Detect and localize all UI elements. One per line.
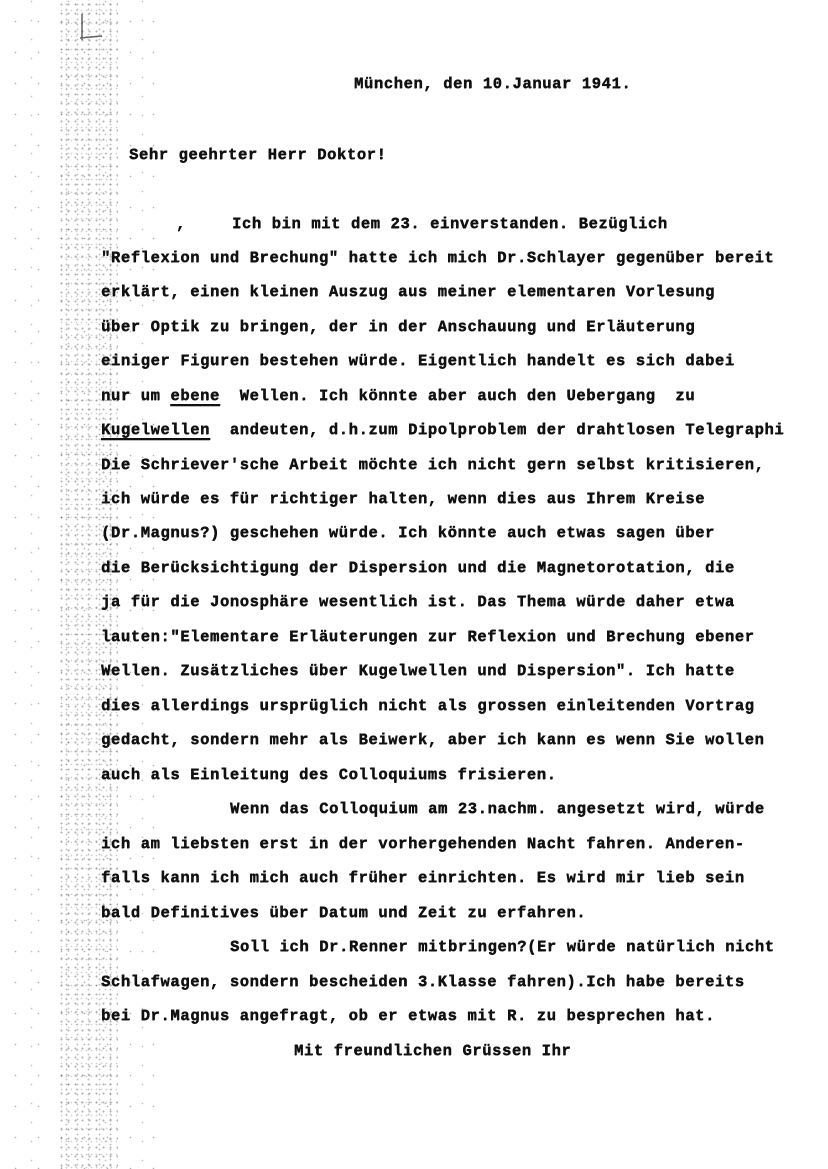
body-line: auch als Einleitung des Colloquiums fris… (101, 766, 556, 784)
text-span: Wellen. Ich könnte aber auch den Ueberga… (220, 387, 695, 405)
closing: Mit freundlichen Grüssen Ihr (294, 1042, 571, 1060)
letter-page: München, den 10.Januar 1941. Sehr geehrt… (0, 0, 828, 1169)
body-line: nur um ebene Wellen. Ich könnte aber auc… (101, 387, 695, 405)
body-line: ja für die Jonosphäre wesentlich ist. Da… (101, 593, 735, 611)
body-line: Kugelwellen andeuten, d.h.zum Dipolprobl… (101, 421, 784, 439)
body-line: Wellen. Zusätzliches über Kugelwellen un… (101, 662, 735, 680)
underlined-word: ebene (170, 387, 220, 405)
body-line: ich würde es für richtiger halten, wenn … (101, 490, 705, 508)
body-line: Soll ich Dr.Renner mitbringen?(Er würde … (230, 938, 775, 956)
body-line: Ich bin mit dem 23. einverstanden. Bezüg… (232, 215, 668, 233)
underlined-word: Kugelwellen (101, 421, 210, 439)
body-line: die Berücksichtigung der Dispersion und … (101, 559, 735, 577)
body-line: bei Dr.Magnus angefragt, ob er etwas mit… (101, 1007, 715, 1025)
salutation: Sehr geehrter Herr Doktor! (129, 146, 386, 164)
scan-margin-noise (58, 0, 118, 1169)
body-line: (Dr.Magnus?) geschehen würde. Ich könnte… (101, 524, 715, 542)
scan-corner-mark (78, 12, 108, 42)
body-line: gedacht, sondern mehr als Beiwerk, aber … (101, 731, 764, 749)
body-line: lauten:"Elementare Erläuterungen zur Ref… (101, 628, 755, 646)
body-line: Die Schriever'sche Arbeit möchte ich nic… (101, 456, 764, 474)
body-line: falls kann ich mich auch früher einricht… (101, 869, 745, 887)
margin-mark: , (176, 215, 186, 233)
body-line: Schlafwagen, sondern bescheiden 3.Klasse… (101, 973, 745, 991)
text-span: andeuten, d.h.zum Dipolproblem der draht… (210, 421, 784, 439)
body-line: über Optik zu bringen, der in der Anscha… (101, 318, 695, 336)
body-line: dies allerdings ursprüglich nicht als gr… (101, 697, 755, 715)
dateline: München, den 10.Januar 1941. (354, 75, 631, 93)
body-line: "Reflexion und Brechung" hatte ich mich … (101, 249, 774, 267)
body-line: erklärt, einen kleinen Auszug aus meiner… (101, 283, 715, 301)
body-line: ich am liebsten erst in der vorhergehend… (101, 835, 745, 853)
body-line: bald Definitives über Datum und Zeit zu … (101, 904, 586, 922)
text-span: nur um (101, 387, 170, 405)
body-line: Wenn das Colloquium am 23.nachm. angeset… (230, 800, 765, 818)
body-line: einiger Figuren bestehen würde. Eigentli… (101, 352, 735, 370)
